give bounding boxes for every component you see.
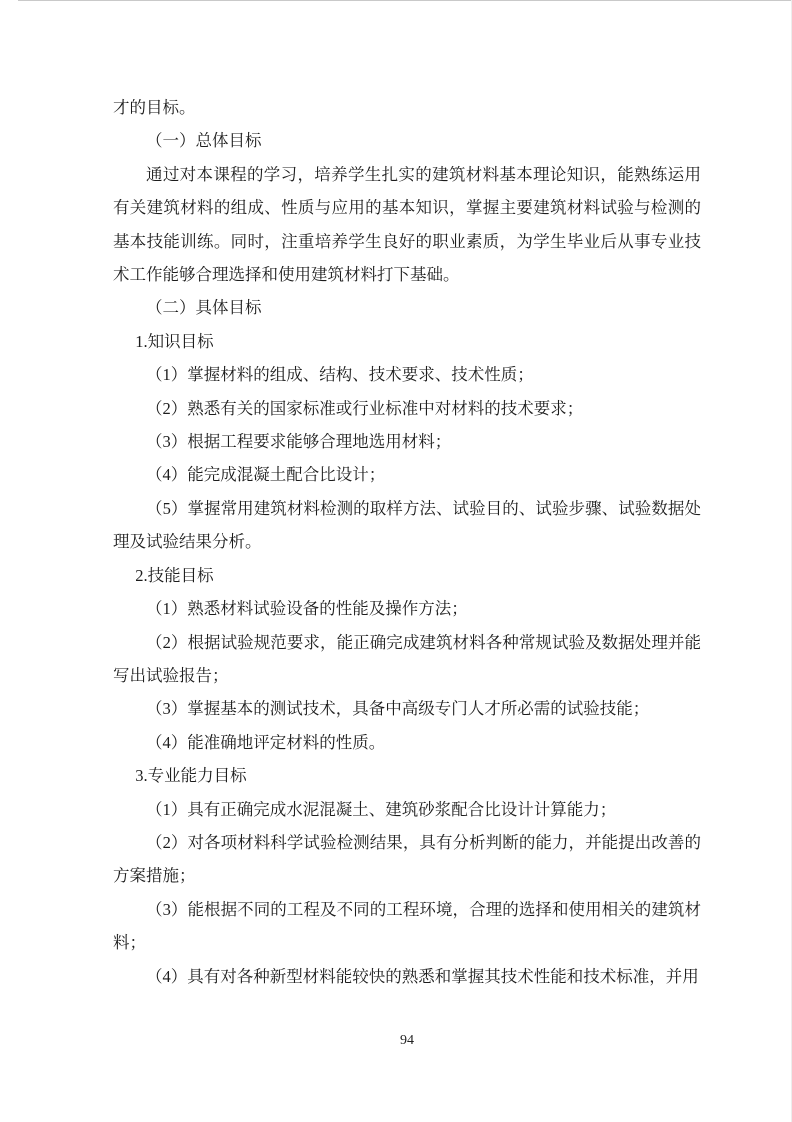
paragraph: （2）熟悉有关的国家标准或行业标准中对材料的技术要求； — [113, 392, 701, 425]
paragraph: （1）掌握材料的组成、结构、技术要求、技术性质； — [113, 358, 701, 391]
document-body: 才的目标。（一）总体目标通过对本课程的学习，培养学生扎实的建筑材料基本理论知识，… — [113, 0, 701, 993]
paragraph: （5）掌握常用建筑材料检测的取样方法、试验目的、试验步骤、试验数据处理及试验结果… — [113, 492, 701, 559]
paragraph: 才的目标。 — [113, 91, 701, 124]
document-page: 才的目标。（一）总体目标通过对本课程的学习，培养学生扎实的建筑材料基本理论知识，… — [0, 0, 792, 1122]
paragraph: （3）能根据不同的工程及不同的工程环境，合理的选择和使用相关的建筑材料； — [113, 893, 701, 960]
paragraph: （3）掌握基本的测试技术，具备中高级专门人才所必需的试验技能； — [113, 692, 701, 725]
paragraph: （2）对各项材料科学试验检测结果，具有分析判断的能力，并能提出改善的方案措施； — [113, 826, 701, 893]
paragraph: 1.知识目标 — [113, 325, 701, 358]
paragraph: （一）总体目标 — [113, 124, 701, 157]
paragraph: 2.技能目标 — [113, 559, 701, 592]
paragraph: （1）具有正确完成水泥混凝土、建筑砂浆配合比设计计算能力； — [113, 793, 701, 826]
paragraph: （4）能准确地评定材料的性质。 — [113, 726, 701, 759]
page-number: 94 — [113, 1033, 701, 1049]
paragraph: 3.专业能力目标 — [113, 759, 701, 792]
paragraph: （1）熟悉材料试验设备的性能及操作方法； — [113, 592, 701, 625]
paragraph: （2）根据试验规范要求，能正确完成建筑材料各种常规试验及数据处理并能写出试验报告… — [113, 626, 701, 693]
paragraph: （3）根据工程要求能够合理地选用材料； — [113, 425, 701, 458]
paragraph: （4）具有对各种新型材料能较快的熟悉和掌握其技术性能和技术标准，并用 — [113, 960, 701, 993]
paragraph: 通过对本课程的学习，培养学生扎实的建筑材料基本理论知识，能熟练运用有关建筑材料的… — [113, 158, 701, 292]
paragraph: （二）具体目标 — [113, 291, 701, 324]
paragraph: （4）能完成混凝土配合比设计； — [113, 458, 701, 491]
